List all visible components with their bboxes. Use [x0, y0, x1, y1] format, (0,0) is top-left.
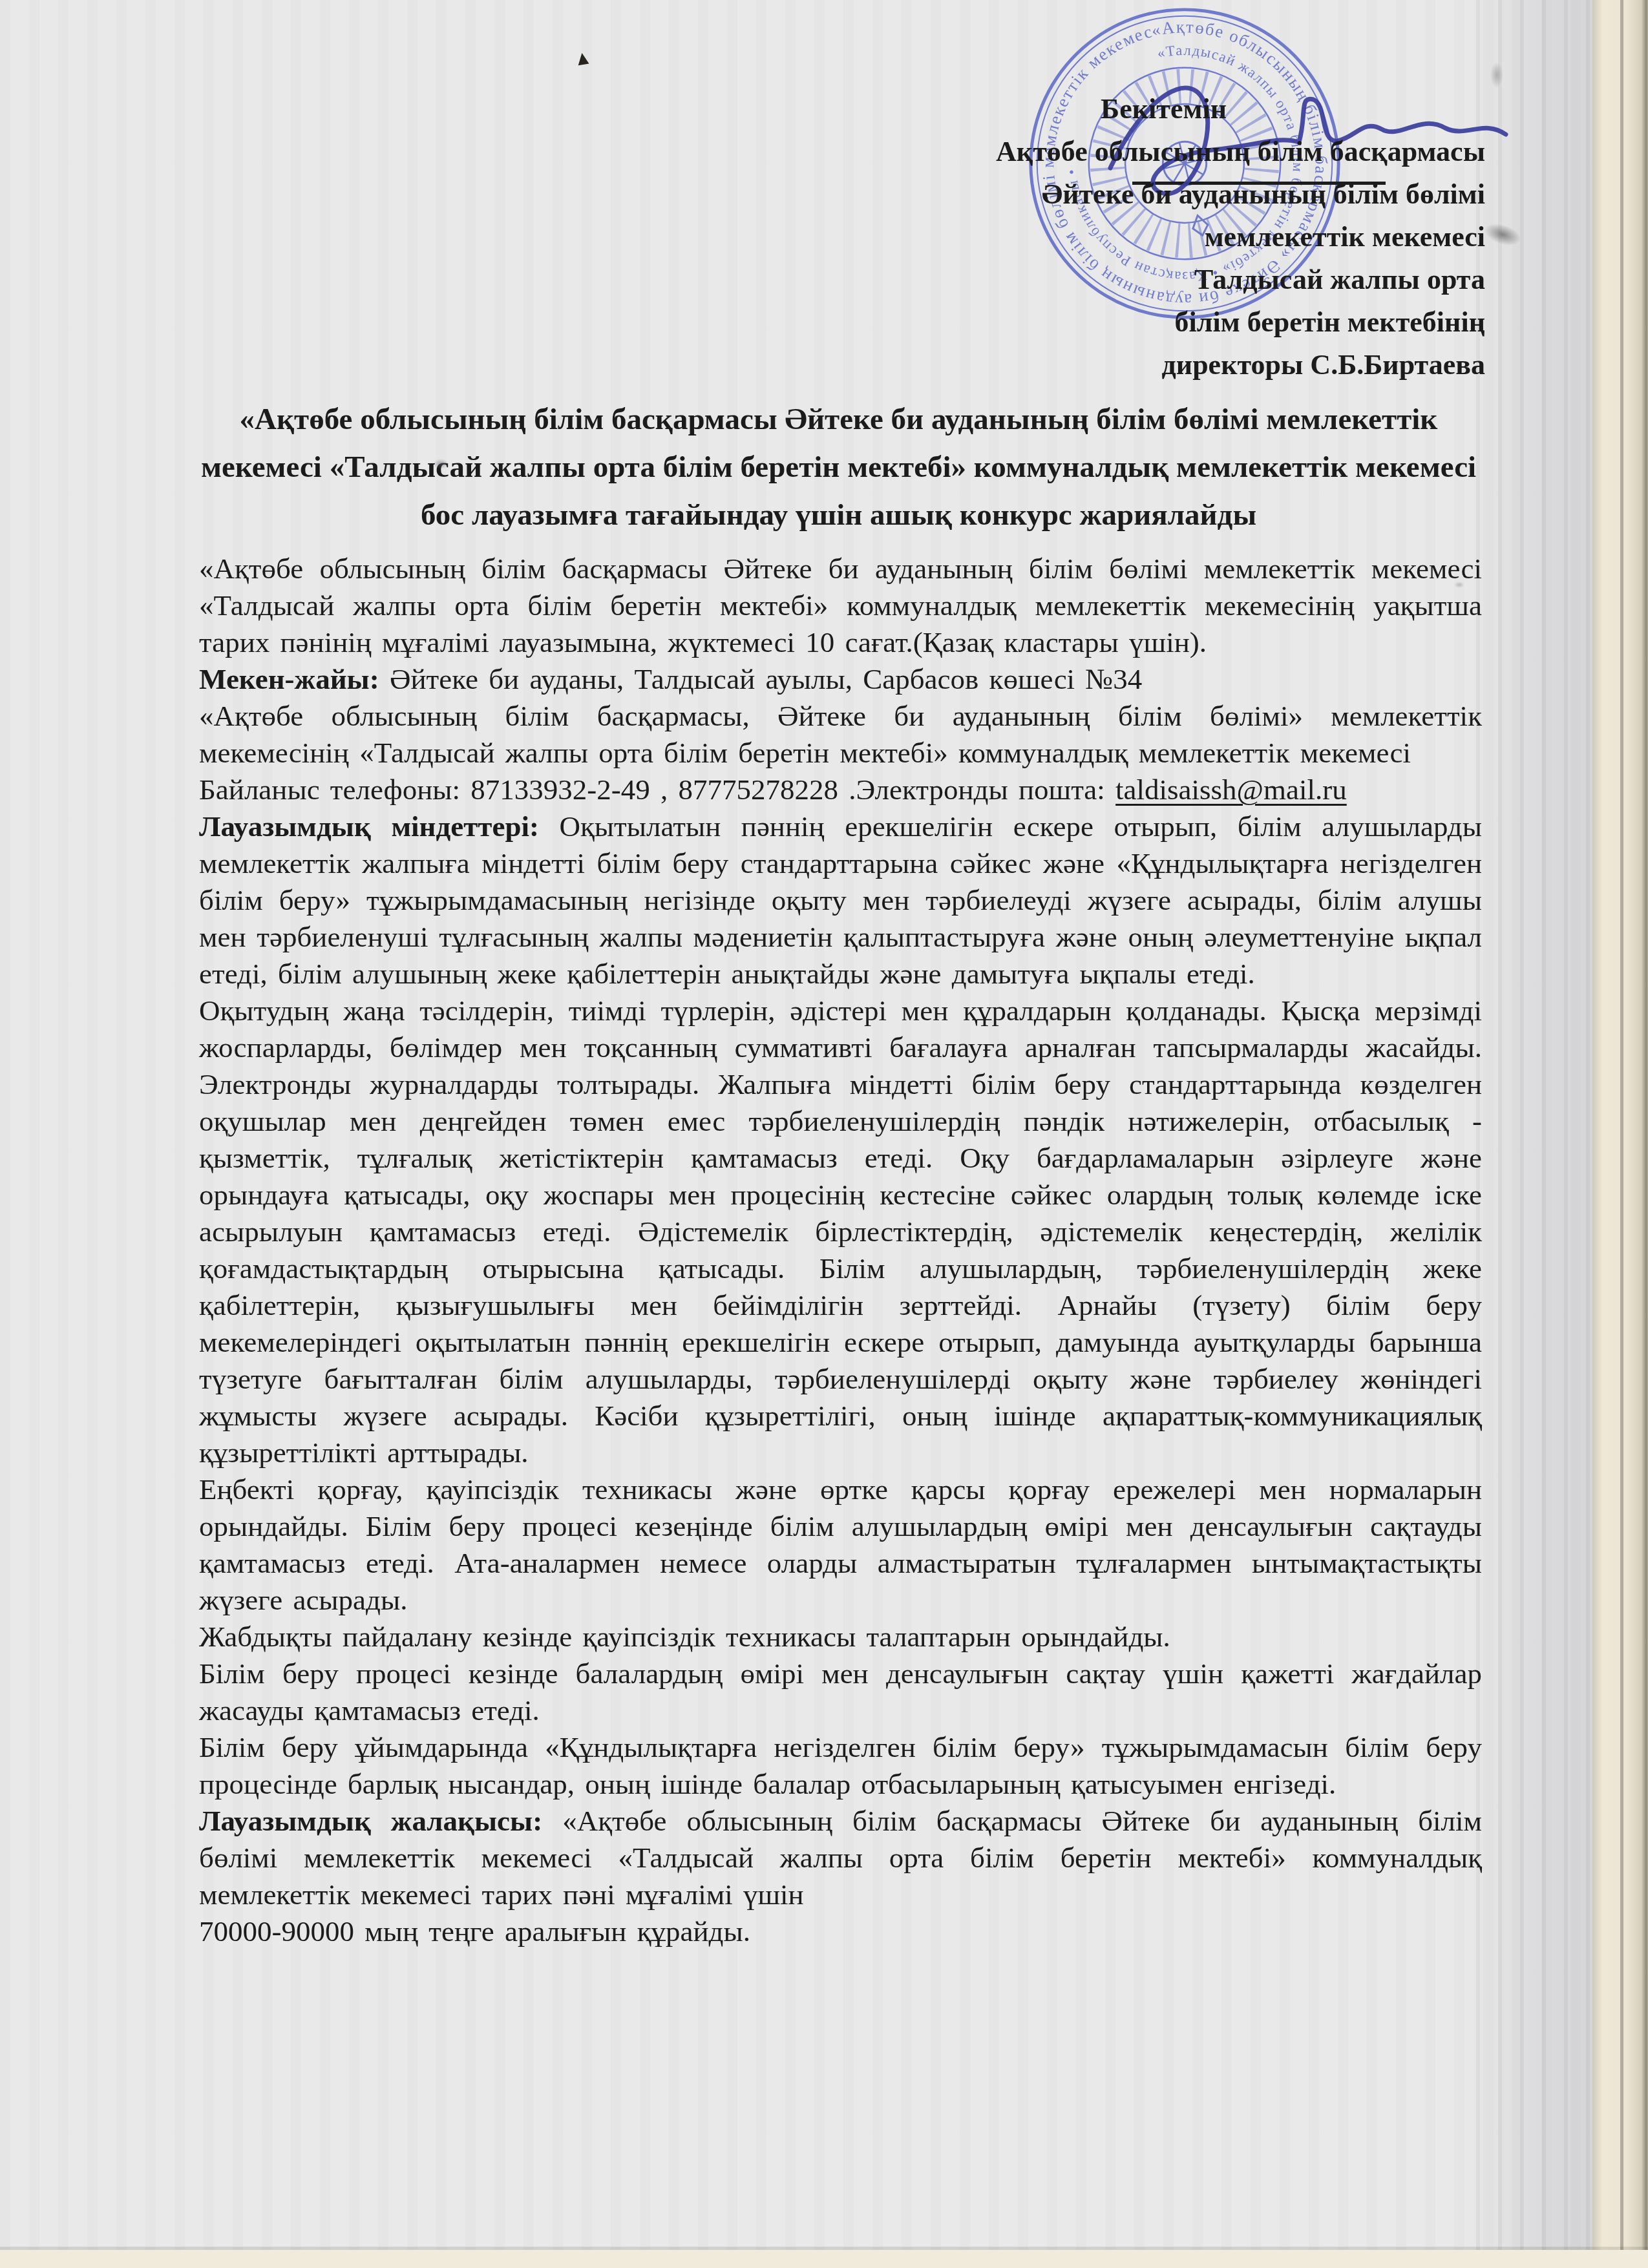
paragraph-text: Білім беру процесі кезінде балалардың өм…: [199, 1657, 1482, 1727]
paragraph: «Ақтөбе облысының білім басқармасы, Әйте…: [199, 698, 1482, 772]
approval-label-row: Бекітемін: [871, 88, 1227, 131]
email-link[interactable]: taldisaissh@mail.ru: [1115, 773, 1347, 806]
paragraph: Еңбекті қорғау, қауіпсіздік техникасы жә…: [199, 1471, 1482, 1619]
paragraph: Білім беру процесі кезінде балалардың өм…: [199, 1655, 1482, 1729]
scanner-edge-band: [1592, 0, 1648, 2268]
scanner-bottom-band: [0, 2250, 1648, 2268]
paragraph: Мекен-жайы: Әйтеке би ауданы, Талдысай а…: [199, 661, 1482, 698]
paragraph: 70000-90000 мың теңге аралығын құрайды.: [199, 1913, 1482, 1950]
smudge-mark: [1490, 62, 1503, 88]
paragraph-text: Білім беру ұйымдарында «Құндылықтарға не…: [199, 1731, 1482, 1800]
paragraph-text: Оқытудың жаңа тәсілдерін, тиімді түрлері…: [199, 994, 1482, 1469]
paragraph-text: Еңбекті қорғау, қауіпсіздік техникасы жә…: [199, 1473, 1482, 1616]
page-edge-line: [1620, 0, 1623, 2268]
approval-line: Талдысай жалпы орта: [871, 258, 1485, 301]
paragraph: «Ақтөбе облысының білім басқармасы Әйтек…: [199, 551, 1482, 661]
scanned-document-page: «Ақтөбе облысының білім басқармасы» Әйте…: [0, 0, 1648, 2268]
approval-org-lines: Ақтөбе облысының білім басқармасыӘйтеке …: [871, 131, 1485, 386]
scan-streaks: [1476, 0, 1592, 2250]
ink-speck: [576, 52, 589, 66]
paragraph-text: 70000-90000 мың теңге аралығын құрайды.: [199, 1915, 750, 1948]
approval-line: Әйтеке би ауданының білім бөлімі: [871, 173, 1485, 216]
smudge-mark: [433, 459, 449, 469]
paragraph-lead: Мекен-жайы:: [199, 663, 379, 695]
paragraph-lead: Лауазымдық міндеттері:: [199, 810, 539, 843]
approval-line: Ақтөбе облысының білім басқармасы: [871, 131, 1485, 173]
paragraph-text: «Ақтөбе облысының білім басқармасы, Әйте…: [199, 700, 1482, 769]
approval-label: Бекітемін: [1101, 88, 1227, 131]
smudge-mark: [1454, 582, 1464, 588]
approval-line: білім беретін мектебінің: [871, 301, 1485, 344]
approval-line: директоры С.Б.Биртаева: [871, 344, 1485, 386]
document-body: «Ақтөбе облысының білім басқармасы Әйтек…: [199, 551, 1482, 1950]
paragraph: Жабдықты пайдалану кезінде қауіпсіздік т…: [199, 1619, 1482, 1655]
paragraph: Оқытудың жаңа тәсілдерін, тиімді түрлері…: [199, 992, 1482, 1471]
approval-line: мемлекеттік мекемесі: [871, 216, 1485, 258]
paragraph: Лауазымдық жалақысы: «Ақтөбе облысының б…: [199, 1803, 1482, 1913]
paragraph: Байланыс телефоны: 87133932-2-49 , 87775…: [199, 772, 1482, 808]
paragraph: Лауазымдық міндеттері: Оқытылатын пәннің…: [199, 808, 1482, 992]
paragraph-text: Жабдықты пайдалану кезінде қауіпсіздік т…: [199, 1621, 1170, 1653]
paragraph-lead: Лауазымдық жалақысы:: [199, 1805, 542, 1837]
approval-block: Бекітемін Ақтөбе облысының білім басқарм…: [871, 88, 1485, 386]
document-title: «Ақтөбе облысының білім басқармасы Әйтек…: [194, 395, 1483, 539]
paragraph: Білім беру ұйымдарында «Құндылықтарға не…: [199, 1729, 1482, 1803]
paragraph-text: «Ақтөбе облысының білім басқармасы Әйтек…: [199, 552, 1482, 658]
paragraph-text: Әйтеке би ауданы, Талдысай ауылы, Сарбас…: [379, 663, 1143, 695]
paragraph-text: Байланыс телефоны: 87133932-2-49 , 87775…: [199, 773, 1115, 806]
smudge-mark: [1482, 220, 1523, 249]
